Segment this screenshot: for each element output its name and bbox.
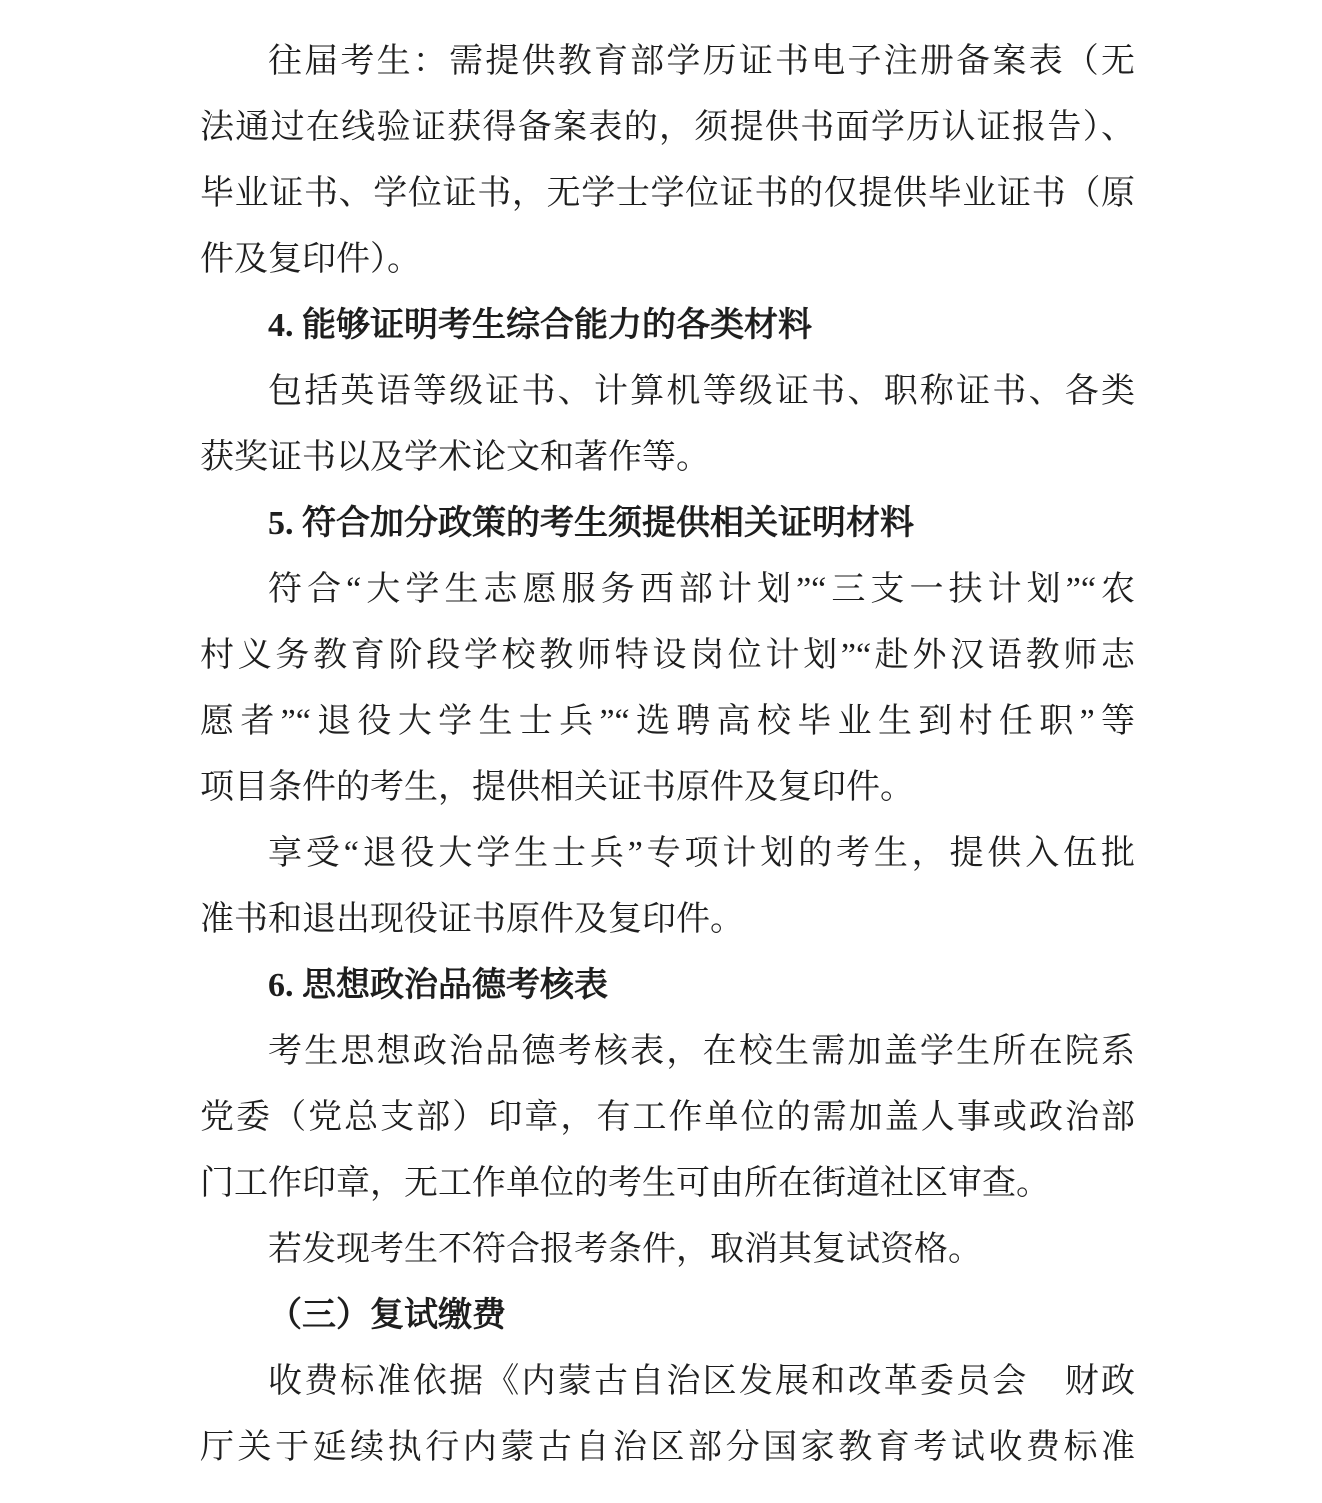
text-line: 厅关于延续执行内蒙古自治区部分国家教育考试收费标准 <box>200 1415 1135 1481</box>
text-line: 愿者”“退役大学生士兵”“选聘高校毕业生到村任职”等 <box>200 689 1135 755</box>
section-heading: 4. 能够证明考生综合能力的各类材料 <box>200 293 1135 359</box>
text-line: 毕业证书、学位证书，无学士学位证书的仅提供毕业证书（原 <box>200 161 1135 227</box>
document-page: 往届考生：需提供教育部学历证书电子注册备案表（无法通过在线验证获得备案表的，须提… <box>0 0 1322 1503</box>
text-line: 准书和退出现役证书原件及复印件。 <box>200 887 1135 953</box>
text-line: 门工作印章，无工作单位的考生可由所在街道社区审查。 <box>200 1151 1135 1217</box>
section-heading: 5. 符合加分政策的考生须提供相关证明材料 <box>200 491 1135 557</box>
text-line: 包括英语等级证书、计算机等级证书、职称证书、各类 <box>200 359 1135 425</box>
section-heading: （三）复试缴费 <box>200 1283 1135 1349</box>
text-line: 党委（党总支部）印章，有工作单位的需加盖人事或政治部 <box>200 1085 1135 1151</box>
text-line: 考生思想政治品德考核表，在校生需加盖学生所在院系 <box>200 1019 1135 1085</box>
text-line: 往届考生：需提供教育部学历证书电子注册备案表（无 <box>200 29 1135 95</box>
text-line: 符合“大学生志愿服务西部计划”“三支一扶计划”“农 <box>200 557 1135 623</box>
text-line: 村义务教育阶段学校教师特设岗位计划”“赴外汉语教师志 <box>200 623 1135 689</box>
text-line: 若发现考生不符合报考条件，取消其复试资格。 <box>200 1217 1135 1283</box>
section-heading: 6. 思想政治品德考核表 <box>200 953 1135 1019</box>
document-content: 往届考生：需提供教育部学历证书电子注册备案表（无法通过在线验证获得备案表的，须提… <box>200 29 1135 1481</box>
text-line: 项目条件的考生，提供相关证书原件及复印件。 <box>200 755 1135 821</box>
text-line: 收费标准依据《内蒙古自治区发展和改革委员会 财政 <box>200 1349 1135 1415</box>
text-line: 件及复印件）。 <box>200 227 1135 293</box>
text-line: 享受“退役大学生士兵”专项计划的考生，提供入伍批 <box>200 821 1135 887</box>
text-line: 法通过在线验证获得备案表的，须提供书面学历认证报告）、 <box>200 95 1135 161</box>
text-line: 获奖证书以及学术论文和著作等。 <box>200 425 1135 491</box>
